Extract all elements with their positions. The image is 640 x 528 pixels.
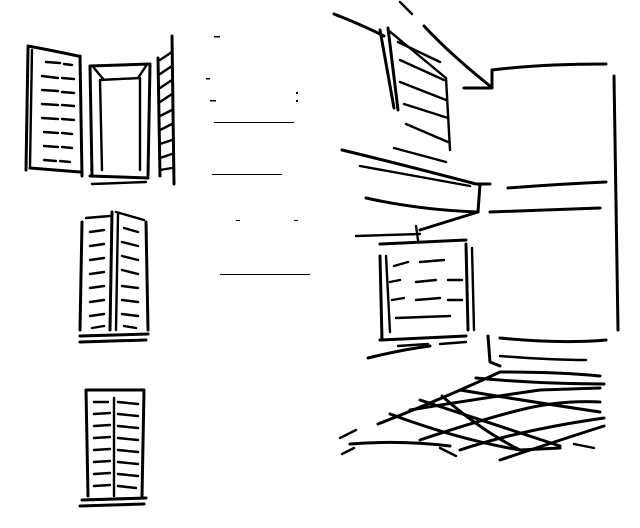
single-louvered-shutter: [80, 390, 146, 506]
faint-marks: [206, 36, 310, 275]
closed-double-shutter: [80, 212, 148, 342]
tiled-floor: [340, 372, 604, 460]
perspective-building: [334, 2, 618, 366]
open-shutters-window: [26, 36, 174, 184]
sketch-canvas: [0, 0, 640, 528]
